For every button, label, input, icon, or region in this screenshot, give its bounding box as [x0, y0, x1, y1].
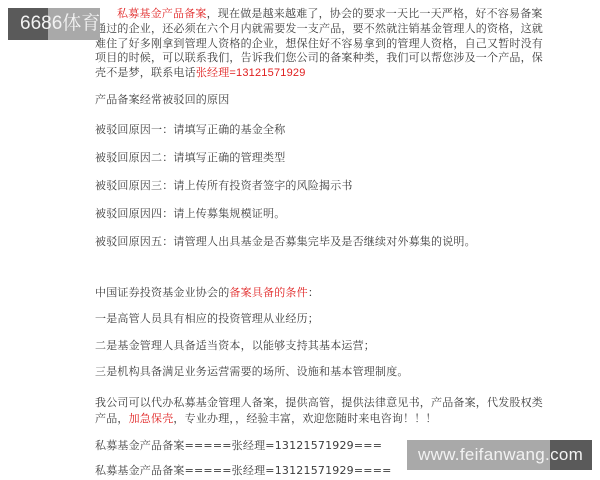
condition-item-3: 三是机构具备满足业务运营需要的场所、设施和基本管理制度。 — [95, 364, 409, 379]
watermark-top-left: 6686体育 — [8, 8, 100, 40]
rejection-reason-4: 被驳回原因四：请上传募集规模证明。 — [95, 206, 285, 221]
intro-line-5-prefix: 壳不是梦，联系电话 — [95, 66, 196, 79]
rejection-reason-3: 被驳回原因三：请上传所有投资者签字的风险揭示书 — [95, 178, 353, 193]
rejection-reason-2: 被驳回原因二：请填写正确的管理类型 — [95, 150, 285, 165]
conditions-heading-highlight: 备案具备的条件 — [229, 286, 307, 299]
intro-line-4: 项目的时候，可以联系我们，告诉我们您公司的备案种类，我们可以帮您涉及一个产品，保 — [95, 50, 543, 65]
document-page: 私募基金产品备案，现在做是越来越难了，协会的要求一天比一天严格，好不容易备案 通… — [0, 0, 600, 480]
services-line-1: 我公司可以代办私募基金管理人备案，提供高管，提供法律意见书，产品备案，代发股权类 — [95, 395, 543, 410]
services-highlight: 加急保壳 — [129, 412, 174, 425]
services-line-2-suffix: ，专业办理，，经验丰富，欢迎您随时来电咨询！！！ — [173, 412, 436, 425]
services-line-2: 产品，加急保壳，专业办理，，经验丰富，欢迎您随时来电咨询！！！ — [95, 411, 437, 426]
intro-line-2: 通过的企业，还必须在六个月内就需要发一支产品，要不然就注销基金管理人的资格，这就 — [95, 21, 543, 36]
rejection-reason-1: 被驳回原因一：请填写正确的基金全称 — [95, 122, 285, 137]
conditions-heading-suffix: ： — [308, 286, 319, 299]
condition-item-2: 二是基金管理人具备适当资本，以能够支持其基本运营； — [95, 338, 375, 353]
watermark-bottom-right: www.feifanwang.com — [407, 440, 592, 470]
intro-line-1-text: ，现在做是越来越难了，协会的要求一天比一天严格，好不容易备案 — [207, 7, 543, 20]
conditions-heading-prefix: 中国证券投资基金业协会的 — [95, 286, 229, 299]
rejection-reason-5: 被驳回原因五：请管理人出具基金是否募集完毕及是否继续对外募集的说明。 — [95, 234, 476, 249]
condition-item-1: 一是高管人员具有相应的投资管理从业经历； — [95, 311, 319, 326]
contact-line-1: 私募基金产品备案=====张经理=13121571929=== — [95, 438, 382, 453]
intro-line-5: 壳不是梦，联系电话张经理=13121571929 — [95, 65, 306, 81]
conditions-heading: 中国证券投资基金业协会的备案具备的条件： — [95, 285, 319, 300]
intro-lead-highlight: 私募基金产品备案 — [117, 7, 207, 20]
intro-line-1: 私募基金产品备案，现在做是越来越难了，协会的要求一天比一天严格，好不容易备案 — [117, 6, 543, 21]
rejection-heading: 产品备案经常被驳回的原因 — [95, 92, 229, 107]
contact-line-2: 私募基金产品备案=====张经理=13121571929==== — [95, 463, 392, 478]
services-line-2-prefix: 产品， — [95, 412, 129, 425]
intro-line-3: 难住了好多刚拿到管理人资格的企业，想保住好不容易拿到的管理人资格，自己又暂时没有 — [95, 36, 543, 51]
contact-phone-highlight: 张经理=13121571929 — [196, 67, 306, 79]
